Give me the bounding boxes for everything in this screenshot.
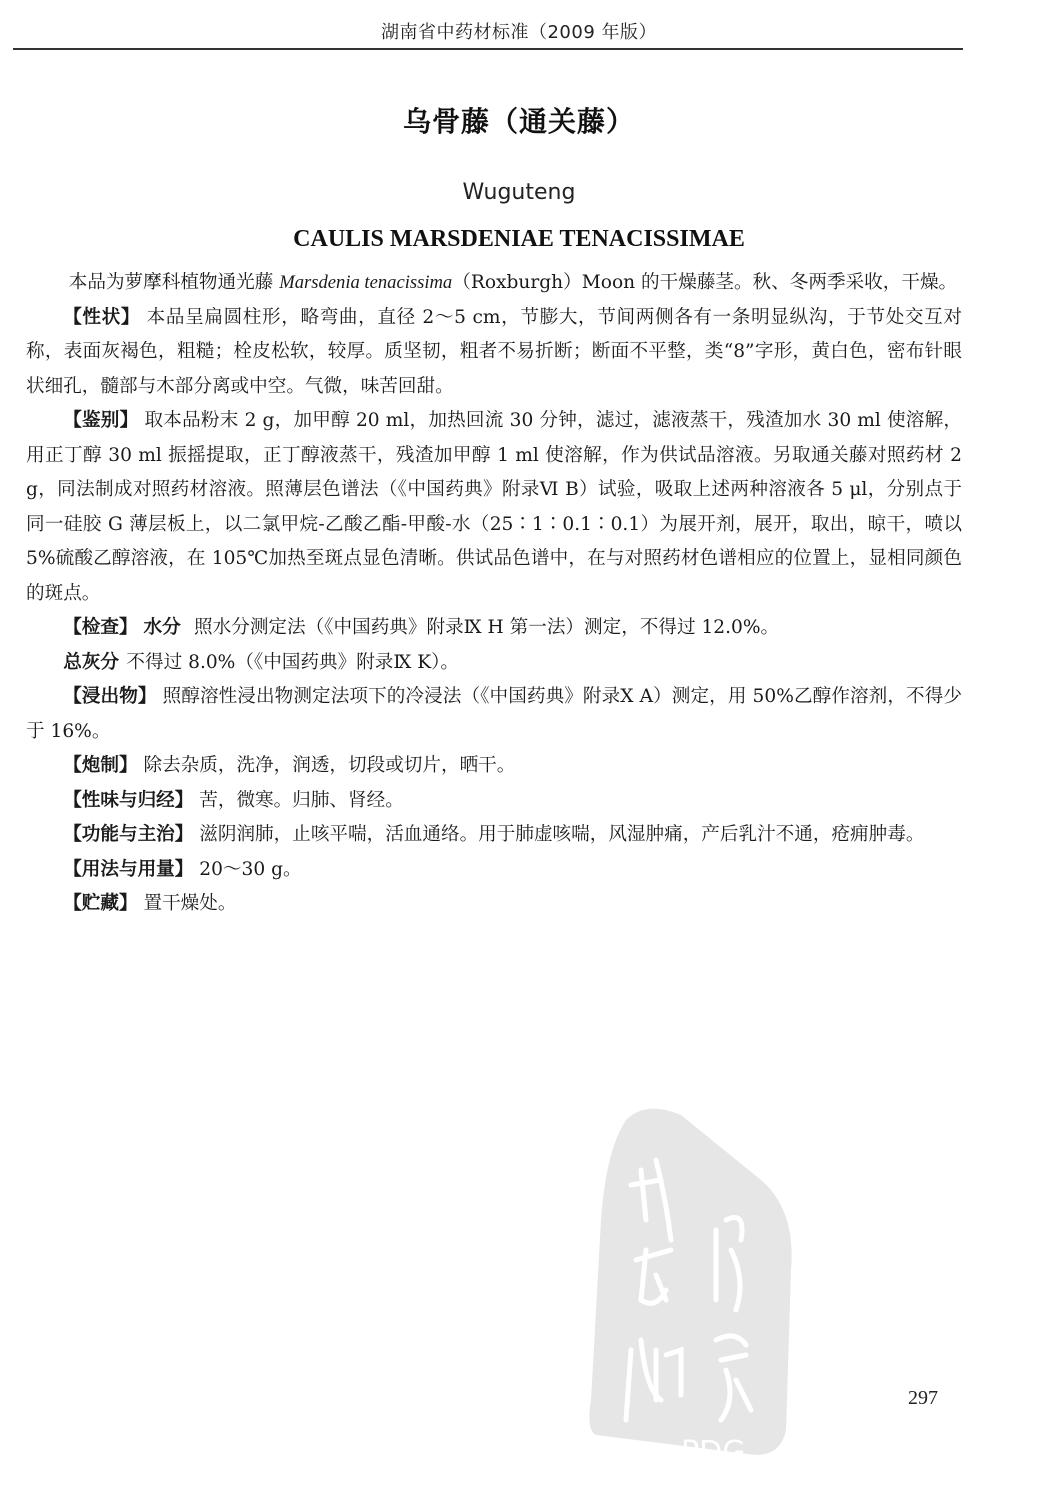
section-text: 照醇溶性浸出物测定法项下的冷浸法（《中国药典》附录Ⅹ A）测定，用 50%乙醇作… bbox=[26, 686, 962, 742]
section-function-indication: 【功能与主治】 滋阴润肺，止咳平喘，活血通络。用于肺虚咳喘，风湿肿痛，产后乳汁不… bbox=[26, 818, 962, 853]
section-text: 除去杂质，洗净，润透，切段或切片，晒干。 bbox=[138, 755, 516, 776]
section-storage: 【贮藏】 置干燥处。 bbox=[26, 887, 962, 922]
section-label: 【用法与用量】 bbox=[63, 859, 193, 880]
section-sublabel: 水分 bbox=[144, 617, 181, 638]
monograph-title-latin: CAULIS MARSDENIAE TENACISSIMAE bbox=[0, 226, 1038, 253]
section-text: 滋阴润肺，止咳平喘，活血通络。用于肺虚咳喘，风湿肿痛，产后乳汁不通，疮痈肿毒。 bbox=[193, 824, 924, 845]
section-label: 【性味与归经】 bbox=[63, 790, 193, 811]
section-label: 【功能与主治】 bbox=[63, 824, 193, 845]
section-text: 置干燥处。 bbox=[138, 893, 237, 914]
section-text: 本品呈扁圆柱形，略弯曲，直径 2～5 cm，节膨大，节间两侧各有一条明显纵沟，于… bbox=[26, 307, 962, 397]
section-processing: 【炮制】 除去杂质，洗净，润透，切段或切片，晒干。 bbox=[26, 749, 962, 784]
section-label: 【性状】 bbox=[63, 307, 140, 328]
header-divider bbox=[13, 48, 963, 50]
section-identification: 【鉴别】 取本品粉末 2 g，加甲醇 20 ml，加热回流 30 分钟，滤过，滤… bbox=[26, 404, 962, 611]
section-examination-moisture: 【检查】 水分 照水分测定法（《中国药典》附录Ⅸ H 第一法）测定，不得过 12… bbox=[26, 611, 962, 646]
section-examination-ash: 总灰分不得过 8.0%（《中国药典》附录Ⅸ K）。 bbox=[26, 646, 962, 681]
section-label: 【炮制】 bbox=[63, 755, 137, 776]
section-text: 照水分测定法（《中国药典》附录Ⅸ H 第一法）测定，不得过 12.0%。 bbox=[188, 617, 779, 638]
monograph-title-chinese: 乌骨藤（通关藤） bbox=[0, 100, 1038, 140]
section-label: 【检查】 bbox=[63, 617, 137, 638]
monograph-body: 本品为萝摩科植物通光藤 Marsdenia tenacissima（Roxbur… bbox=[26, 266, 962, 922]
section-label: 【浸出物】 bbox=[63, 686, 156, 707]
section-text: 取本品粉末 2 g，加甲醇 20 ml，加热回流 30 分钟，滤过，滤液蒸干，残… bbox=[26, 410, 962, 604]
monograph-title-pinyin: Wuguteng bbox=[0, 180, 1038, 205]
section-property-meridian: 【性味与归经】 苦，微寒。归肺、肾经。 bbox=[26, 784, 962, 819]
intro-text: 本品为萝摩科植物通光藤 bbox=[69, 272, 279, 293]
intro-text-cont: （Roxburgh）Moon 的干燥藤茎。秋、冬两季采收，干燥。 bbox=[452, 272, 957, 293]
species-name: Marsdenia tenacissima bbox=[279, 272, 452, 293]
section-description: 【性状】 本品呈扁圆柱形，略弯曲，直径 2～5 cm，节膨大，节间两侧各有一条明… bbox=[26, 301, 962, 405]
section-text: 20～30 g。 bbox=[193, 859, 301, 880]
running-header: 湖南省中药材标准（2009 年版） bbox=[0, 18, 1038, 44]
section-usage-dosage: 【用法与用量】 20～30 g。 bbox=[26, 853, 962, 888]
seal-watermark: PDG bbox=[586, 1100, 816, 1470]
section-sublabel: 总灰分 bbox=[63, 652, 119, 673]
section-label: 【贮藏】 bbox=[63, 893, 137, 914]
section-text: 苦，微寒。归肺、肾经。 bbox=[193, 790, 403, 811]
section-text: 不得过 8.0%（《中国药典》附录Ⅸ K）。 bbox=[126, 652, 459, 673]
intro-paragraph: 本品为萝摩科植物通光藤 Marsdenia tenacissima（Roxbur… bbox=[26, 266, 962, 301]
section-extractives: 【浸出物】 照醇溶性浸出物测定法项下的冷浸法（《中国药典》附录Ⅹ A）测定，用 … bbox=[26, 680, 962, 749]
page-number: 297 bbox=[908, 1387, 938, 1410]
seal-stamp-icon: PDG bbox=[586, 1100, 816, 1470]
watermark-text: PDG bbox=[681, 1435, 745, 1470]
section-label: 【鉴别】 bbox=[63, 410, 138, 431]
